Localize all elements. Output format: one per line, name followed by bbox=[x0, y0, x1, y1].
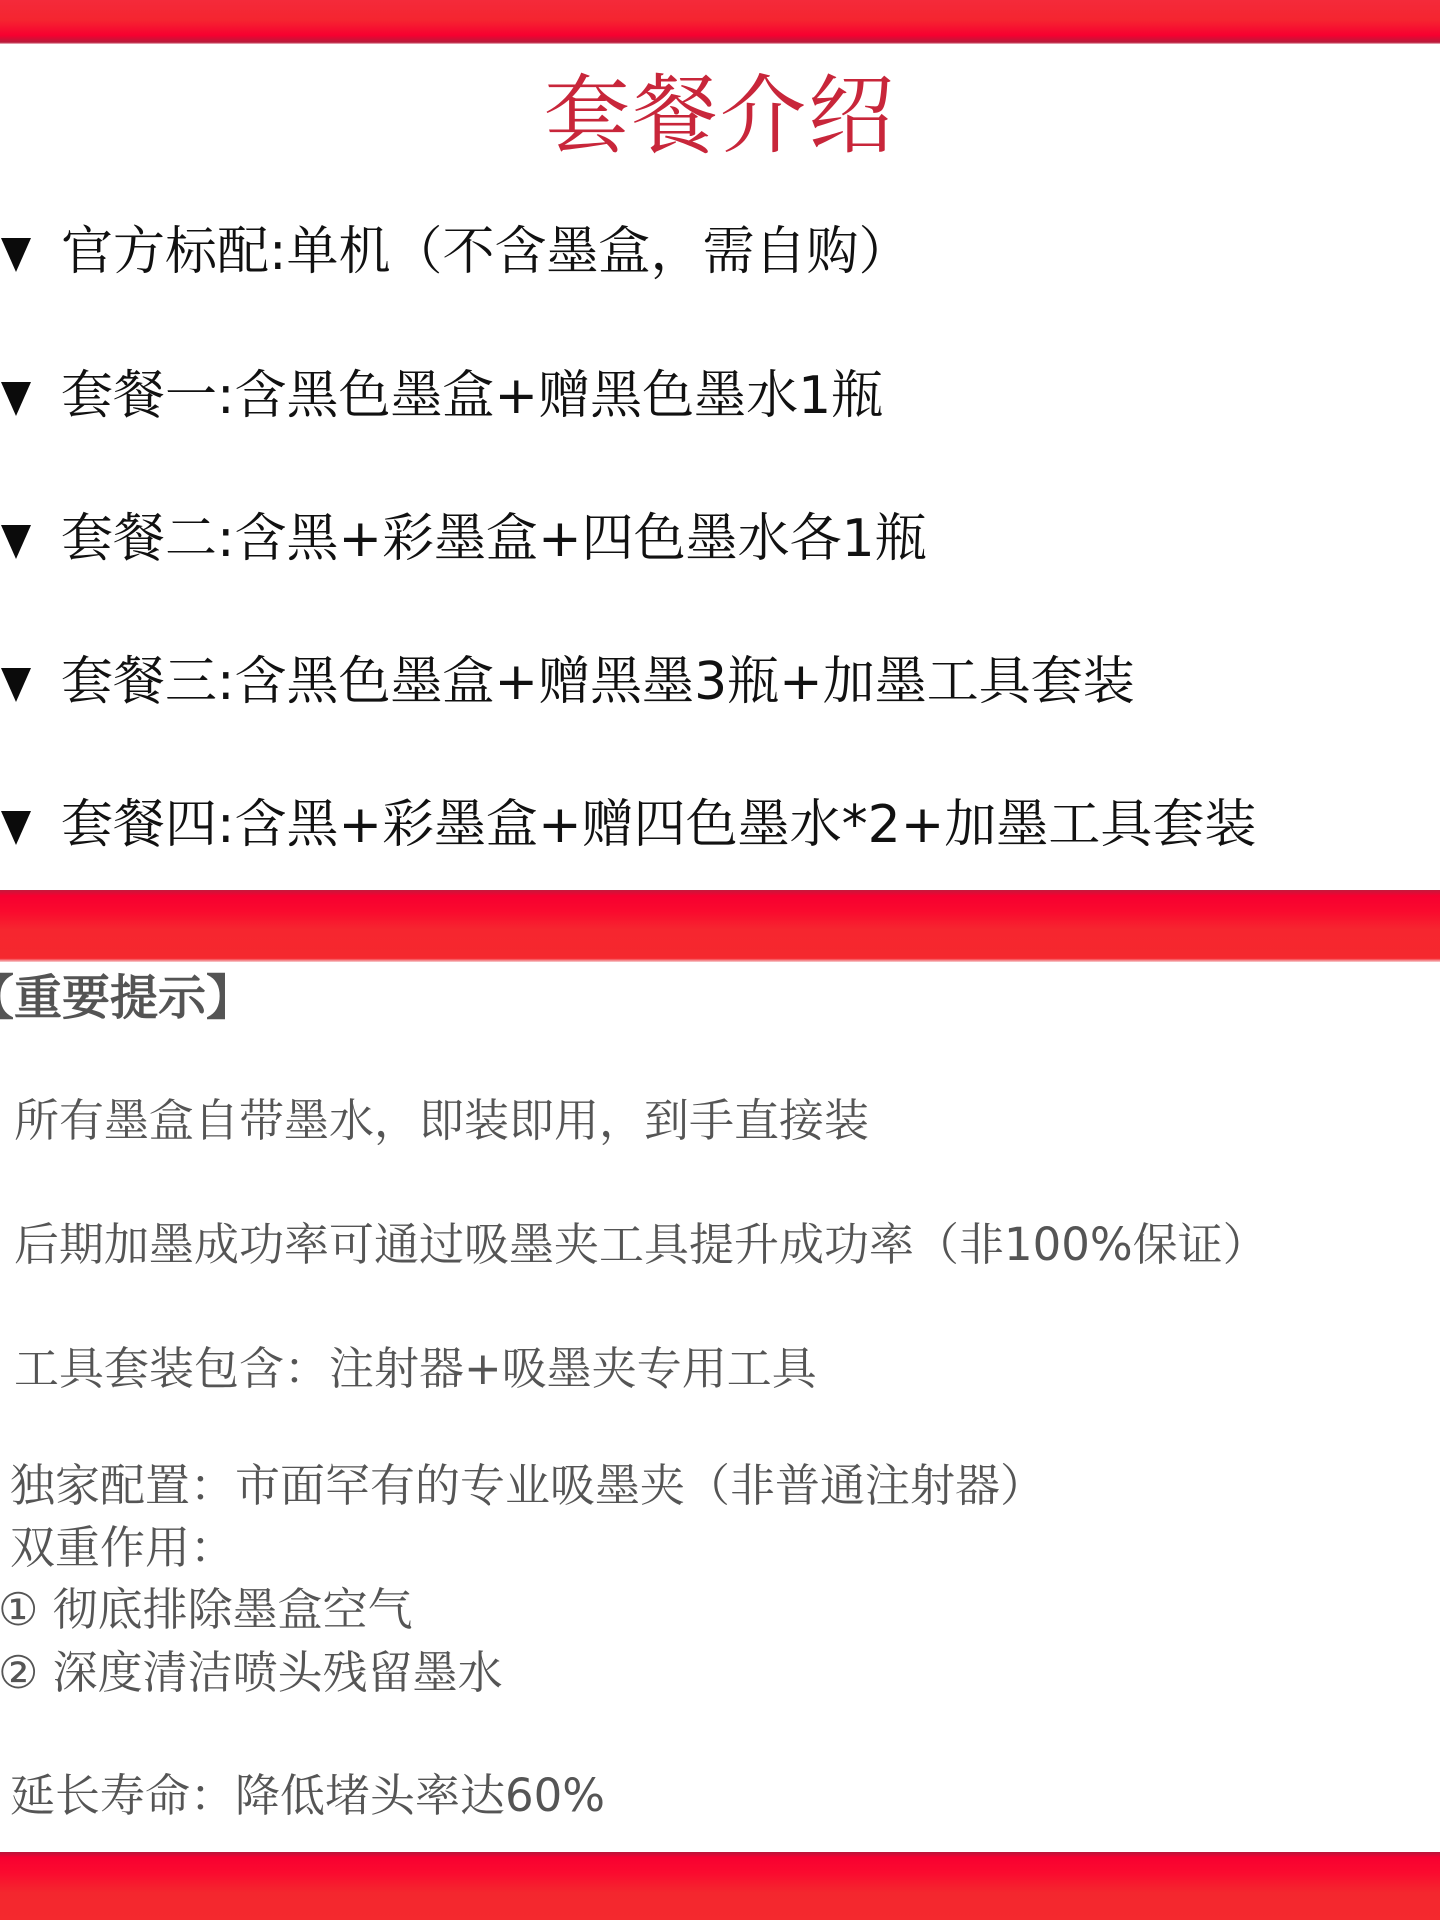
tip-line: 独家配置：市面罕有的专业吸墨夹（非普通注射器） bbox=[10, 1459, 1045, 1513]
down-triangle-icon bbox=[1, 525, 31, 559]
bottom-red-band bbox=[0, 1852, 1440, 1920]
tip-line: 后期加墨成功率可通过吸墨夹工具提升成功率（非100%保证） bbox=[14, 1218, 1268, 1272]
top-red-band bbox=[0, 0, 1440, 44]
package-label: 套餐四:含黑+彩墨盒+赠四色墨水*2+加墨工具套装 bbox=[61, 795, 1256, 855]
package-label: 套餐二:含黑+彩墨盒+四色墨水各1瓶 bbox=[61, 509, 927, 569]
package-intro-page: 套餐介绍 官方标配:单机（不含墨盒，需自购） 套餐一:含黑色墨盒+赠黑色墨水1瓶… bbox=[0, 0, 1440, 1920]
tip-line: 工具套装包含：注射器+吸墨夹专用工具 bbox=[14, 1342, 817, 1396]
package-item-3: 套餐三:含黑色墨盒+赠黑墨3瓶+加墨工具套装 bbox=[0, 652, 1440, 712]
down-triangle-icon bbox=[1, 382, 31, 416]
tip-line-numbered: ② 深度清洁喷头残留墨水 bbox=[0, 1646, 503, 1700]
tip-line-numbered: ① 彻底排除墨盒空气 bbox=[0, 1583, 413, 1637]
middle-red-band bbox=[0, 890, 1440, 962]
package-item-1: 套餐一:含黑色墨盒+赠黑色墨水1瓶 bbox=[0, 366, 1440, 426]
package-item-2: 套餐二:含黑+彩墨盒+四色墨水各1瓶 bbox=[0, 509, 1440, 569]
tip-line: 延长寿命：降低堵头率达60% bbox=[10, 1769, 605, 1823]
package-label: 套餐一:含黑色墨盒+赠黑色墨水1瓶 bbox=[61, 366, 883, 426]
tips-heading: 【重要提示】 bbox=[0, 970, 254, 1026]
page-title: 套餐介绍 bbox=[0, 66, 1440, 166]
package-label: 官方标配:单机（不含墨盒，需自购） bbox=[61, 222, 911, 282]
down-triangle-icon bbox=[1, 668, 31, 702]
package-label: 套餐三:含黑色墨盒+赠黑墨3瓶+加墨工具套装 bbox=[61, 652, 1135, 712]
page-title-text: 套餐介绍 bbox=[544, 66, 896, 166]
down-triangle-icon bbox=[1, 238, 31, 272]
package-item-standard: 官方标配:单机（不含墨盒，需自购） bbox=[0, 222, 1440, 282]
package-item-4: 套餐四:含黑+彩墨盒+赠四色墨水*2+加墨工具套装 bbox=[0, 795, 1440, 855]
tip-line: 双重作用： bbox=[10, 1521, 235, 1575]
down-triangle-icon bbox=[1, 811, 31, 845]
tip-line: 所有墨盒自带墨水，即装即用，到手直接装 bbox=[14, 1094, 869, 1148]
